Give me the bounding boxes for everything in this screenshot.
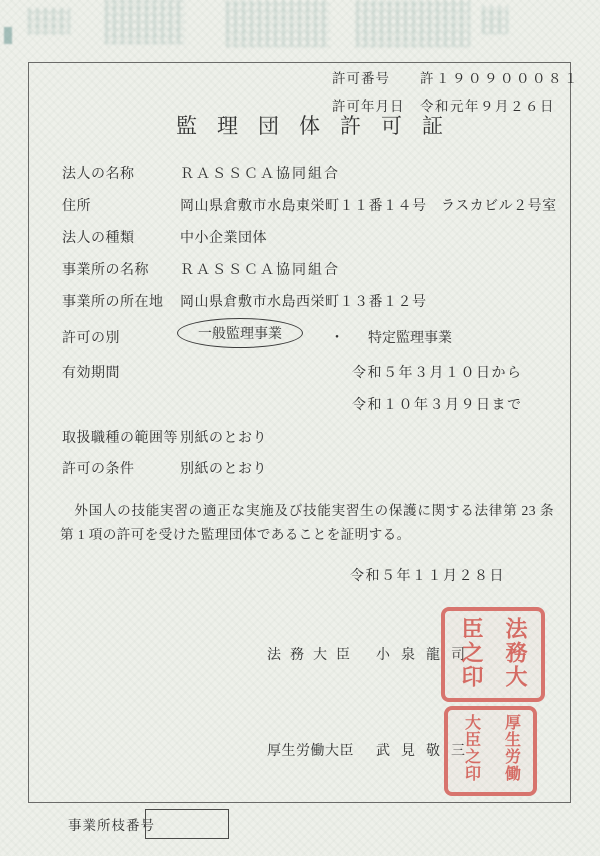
other-permit-type: 特定監理事業 [368, 327, 452, 347]
minister-of-health-labour-welfare-title: 厚生労働大臣 [267, 740, 354, 760]
minister-of-justice-seal: 法務大臣之印 [441, 607, 545, 702]
scanned-permit-document: { "header": { "permit_number_label": "許可… [0, 0, 600, 856]
field-label: 法人の名称 [62, 163, 135, 183]
seal-script-text: 法務大臣之印 [449, 617, 537, 693]
field-value: 岡山県倉敷市水島東栄町１１番１４号 ラスカビル２号室 [180, 195, 557, 215]
field-label: 事業所の所在地 [62, 291, 164, 311]
bleedthrough-artifact [105, 0, 185, 44]
validity-from: 令和５年３月１０日から [352, 362, 523, 382]
selected-permit-type: 一般監理事業 [198, 323, 282, 343]
issue-date: 令和５年１１月２８日 [350, 565, 505, 585]
field-value: 別紙のとおり [180, 427, 267, 447]
field-label: 許可の条件 [62, 458, 135, 478]
field-value: ＲＡＳＳＣＡ協同組合 [180, 259, 340, 279]
field-value: 別紙のとおり [180, 458, 267, 478]
branch-number-box [145, 809, 229, 839]
validity-to: 令和１０年３月９日まで [352, 394, 523, 414]
field-label: 事業所の名称 [62, 259, 149, 279]
certification-text: 外国人の技能実習の適正な実施及び技能実習生の保護に関する法律第 23 条第 1 … [60, 499, 554, 547]
bleedthrough-artifact [482, 6, 508, 34]
permit-number-value: 許１９０９０００８１ [420, 67, 580, 87]
selected-permit-type-circle: 一般監理事業 [177, 318, 303, 348]
bleedthrough-artifact [28, 8, 70, 34]
field-value: 中小企業団体 [180, 227, 267, 247]
field-label: 取扱職種の範囲等 [62, 427, 178, 447]
document-title: 監理団体許可証 [28, 110, 591, 140]
branch-number-label: 事業所枝番号 [68, 814, 155, 834]
permit-type-label: 許可の別 [62, 327, 120, 347]
field-value: ＲＡＳＳＣＡ協同組合 [180, 163, 340, 183]
field-label: 法人の種類 [62, 227, 135, 247]
field-value: 岡山県倉敷市水島西栄町１３番１２号 [180, 291, 427, 311]
bleedthrough-artifact [226, 0, 330, 47]
bleedthrough-artifact [356, 0, 470, 47]
permit-type-separator: ・ [330, 327, 344, 347]
validity-label: 有効期間 [62, 362, 120, 382]
bleedthrough-artifact [4, 27, 12, 44]
minister-of-justice-title: 法務大臣 [267, 644, 359, 664]
field-label: 住所 [62, 195, 91, 215]
minister-of-health-labour-welfare-seal: 厚生労働大臣之印 [444, 706, 537, 796]
permit-number-label: 許可番号 [332, 67, 390, 87]
seal-script-text: 厚生労働大臣之印 [451, 714, 531, 788]
